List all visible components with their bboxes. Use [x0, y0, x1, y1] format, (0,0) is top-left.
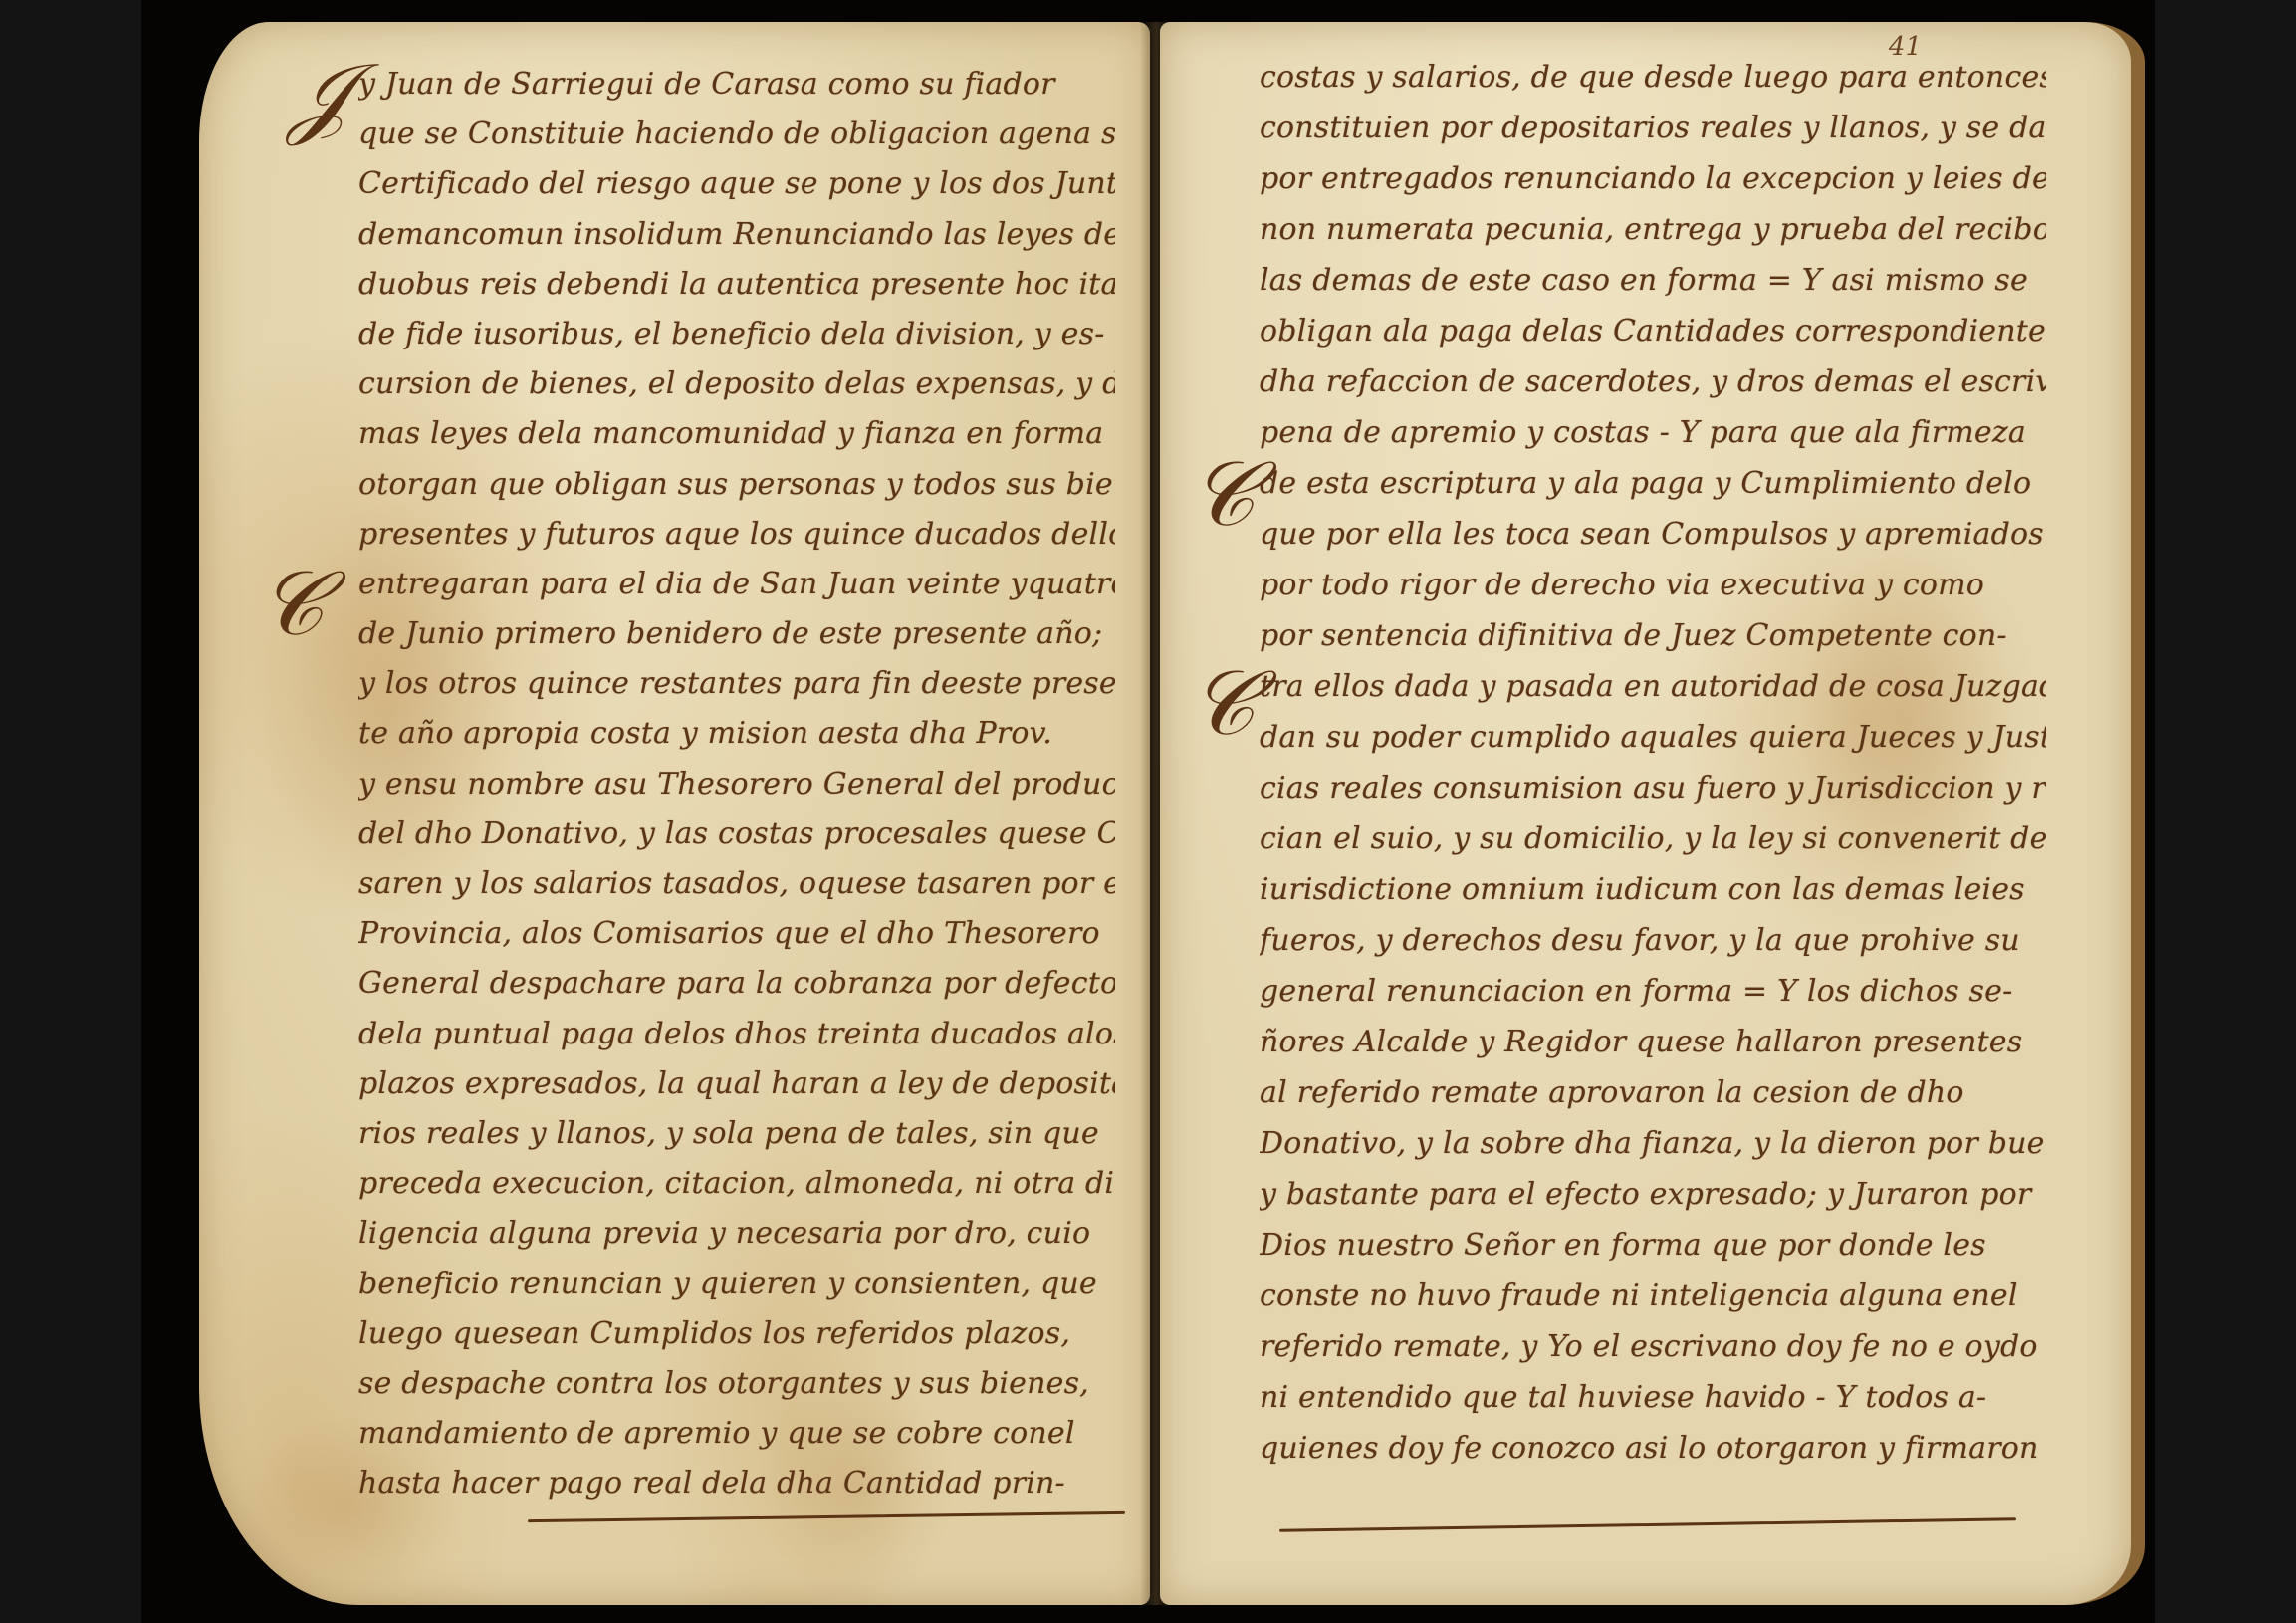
text-line: obligan ala paga delas Cantidades corres… — [1260, 306, 2046, 356]
text-line: por entregados renunciando la excepcion … — [1260, 153, 2046, 204]
text-line: constituien por depositarios reales y ll… — [1260, 103, 2046, 153]
text-line: referido remate, y Yo el escrivano doy f… — [1260, 1321, 2046, 1372]
paragraph-flourish-icon: 𝒥 — [289, 52, 350, 141]
text-line: se despache contra los otorgantes y sus … — [358, 1359, 1115, 1409]
text-line: General despachare para la cobranza por … — [358, 959, 1115, 1009]
text-line: ñores Alcalde y Regidor quese hallaron p… — [1260, 1017, 2046, 1067]
text-line: por todo rigor de derecho via executiva … — [1260, 560, 2046, 610]
text-line: quienes doy fe conozco asi lo otorgaron … — [1260, 1423, 2046, 1474]
text-line: de esta escriptura y ala paga y Cumplimi… — [1260, 458, 2046, 509]
text-line: duobus reis debendi la autentica present… — [358, 260, 1115, 310]
text-line: hasta hacer pago real dela dha Cantidad … — [358, 1459, 1115, 1508]
open-manuscript: y Juan de Sarriegui de Carasa como su fi… — [199, 22, 2131, 1605]
text-line: cian el suio, y su domicilio, y la ley s… — [1260, 813, 2046, 864]
text-line: y los otros quince restantes para fin de… — [358, 659, 1115, 709]
text-line: otorgan que obligan sus personas y todos… — [358, 460, 1115, 510]
text-line: y Juan de Sarriegui de Carasa como su fi… — [358, 60, 1115, 110]
text-line: de Junio primero benidero de este presen… — [358, 609, 1115, 659]
closing-rule — [1279, 1517, 2016, 1532]
text-line: dan su poder cumplido aquales quiera Jue… — [1260, 712, 2046, 763]
text-line: te año apropia costa y mision aesta dha … — [358, 709, 1115, 759]
text-line: las demas de este caso en forma = Y asi … — [1260, 255, 2046, 306]
text-line: ni entendido que tal huviese havido - Y … — [1260, 1372, 2046, 1423]
text-line: demancomun insolidum Renunciando las ley… — [358, 210, 1115, 260]
text-line: que se Constituie haciendo de obligacion… — [358, 110, 1115, 159]
paragraph-flourish-icon: 𝒞 — [259, 560, 325, 649]
right-page-text: costas y salarios, de que desde luego pa… — [1260, 52, 2046, 1474]
text-line: fueros, y derechos desu favor, y la que … — [1260, 915, 2046, 966]
text-line: dha refaccion de sacerdotes, y dros dema… — [1260, 356, 2046, 407]
text-line: presentes y futuros aque los quince duca… — [358, 510, 1115, 560]
text-line: cias reales consumision asu fuero y Juri… — [1260, 763, 2046, 813]
text-line: iurisdictione omnium iudicum con las dem… — [1260, 864, 2046, 915]
text-line: saren y los salarios tasados, oquese tas… — [358, 859, 1115, 909]
paragraph-flourish-icon: 𝒞 — [1190, 450, 1256, 540]
left-page-verso: y Juan de Sarriegui de Carasa como su fi… — [199, 22, 1150, 1605]
text-line: del dho Donativo, y las costas procesale… — [358, 810, 1115, 859]
text-line: pena de apremio y costas - Y para que al… — [1260, 407, 2046, 458]
text-line: Donativo, y la sobre dha fianza, y la di… — [1260, 1118, 2046, 1169]
text-line: luego quesean Cumplidos los referidos pl… — [358, 1309, 1115, 1359]
text-line: y bastante para el efecto expresado; y J… — [1260, 1169, 2046, 1220]
text-line: plazos expresados, la qual haran a ley d… — [358, 1059, 1115, 1109]
text-line: Dios nuestro Señor en forma que por dond… — [1260, 1220, 2046, 1271]
text-line: rios reales y llanos, y sola pena de tal… — [358, 1109, 1115, 1159]
text-line: beneficio renuncian y quieren y consient… — [358, 1260, 1115, 1309]
text-line: entregaran para el dia de San Juan veint… — [358, 560, 1115, 609]
text-line: costas y salarios, de que desde luego pa… — [1260, 52, 2046, 103]
text-line: mas leyes dela mancomunidad y fianza en … — [358, 409, 1115, 459]
text-line: al referido remate aprovaron la cesion d… — [1260, 1067, 2046, 1118]
left-page-text: y Juan de Sarriegui de Carasa como su fi… — [358, 60, 1115, 1508]
text-line: Provincia, alos Comisarios que el dho Th… — [358, 909, 1115, 959]
paragraph-flourish-icon: 𝒞 — [1190, 659, 1256, 749]
text-line: Certificado del riesgo aque se pone y lo… — [358, 159, 1115, 209]
text-line: non numerata pecunia, entrega y prueba d… — [1260, 204, 2046, 255]
text-line: de fide iusoribus, el beneficio dela div… — [358, 310, 1115, 359]
text-line: por sentencia difinitiva de Juez Compete… — [1260, 610, 2046, 661]
text-line: conste no huvo fraude ni inteligencia al… — [1260, 1271, 2046, 1321]
text-line: preceda execucion, citacion, almoneda, n… — [358, 1159, 1115, 1209]
text-line: ligencia alguna previa y necesaria por d… — [358, 1209, 1115, 1259]
text-line: que por ella les toca sean Compulsos y a… — [1260, 509, 2046, 560]
text-line: y ensu nombre asu Thesorero General del … — [358, 760, 1115, 810]
text-line: cursion de bienes, el deposito delas exp… — [358, 359, 1115, 409]
text-line: general renunciacion en forma = Y los di… — [1260, 966, 2046, 1017]
text-line: tra ellos dada y pasada en autoridad de … — [1260, 661, 2046, 712]
right-page-recto: 41 costas y salarios, de que desde luego… — [1160, 22, 2145, 1605]
text-line: dela puntual paga delos dhos treinta duc… — [358, 1010, 1115, 1059]
text-line: mandamiento de apremio y que se cobre co… — [358, 1409, 1115, 1459]
